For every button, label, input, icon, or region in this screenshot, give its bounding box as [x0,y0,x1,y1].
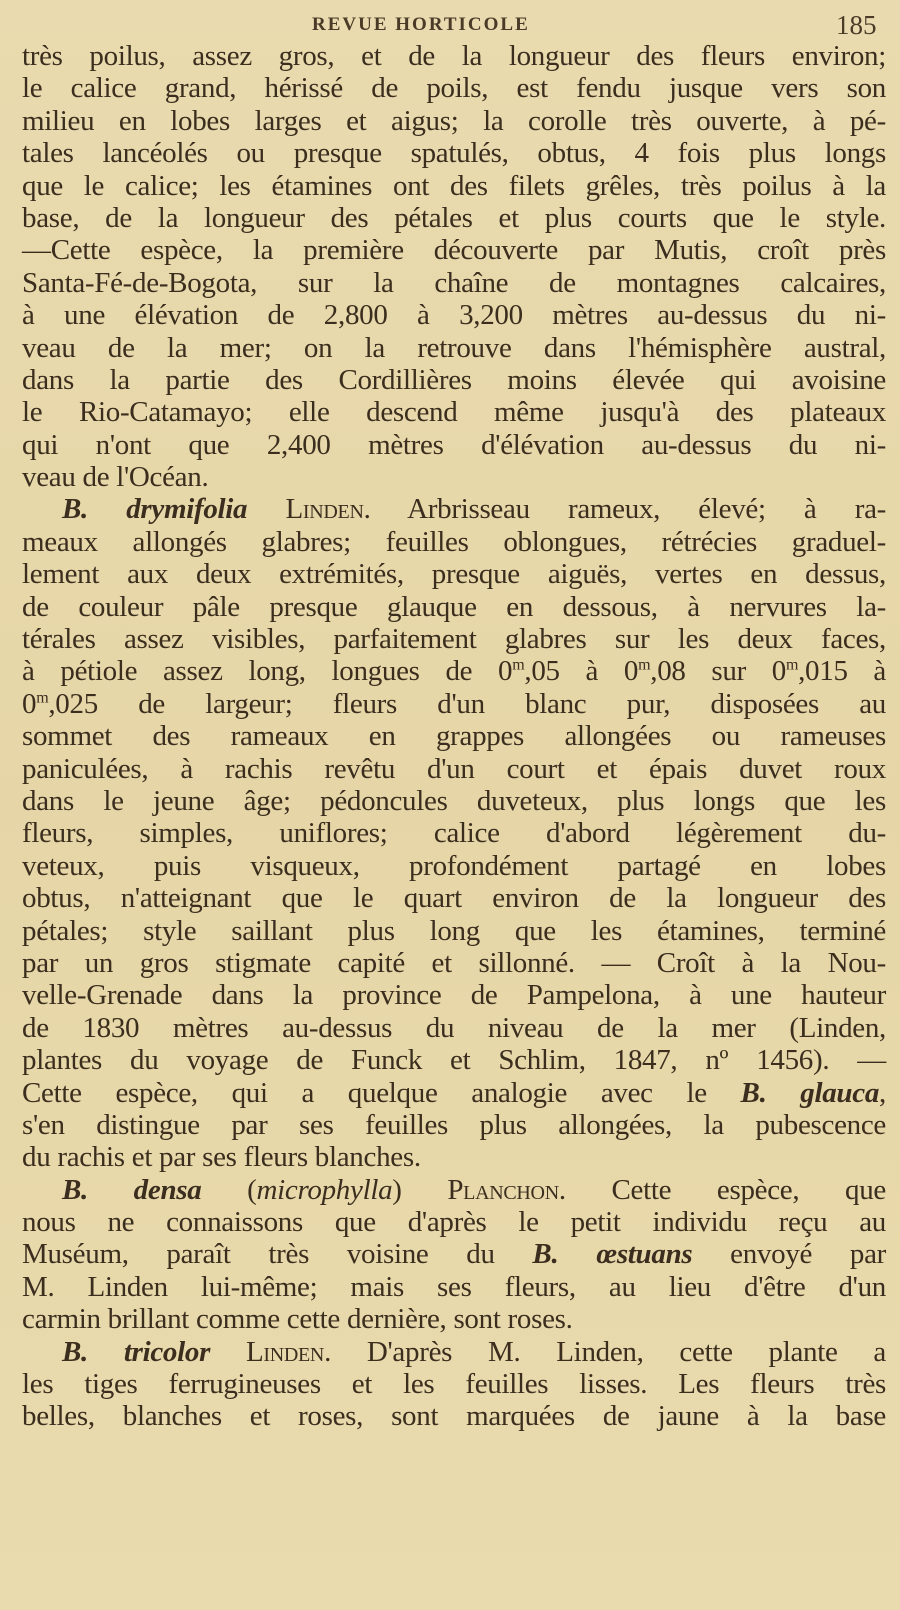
unit-superscript: m [36,689,48,706]
text-line: Santa-Fé-de-Bogota, sur la chaîne de mon… [22,267,886,299]
text-fragment: ) [392,1174,447,1206]
text-line: milieu en lobes larges et aigus; la coro… [22,105,886,137]
text-line: tales lancéolés ou presque spatulés, obt… [22,137,886,169]
text-line: très poilus, assez gros, et de la longue… [22,40,886,72]
text-line: dans le jeune âge; pédoncules duveteux, … [22,785,886,817]
entry-lead-text: . Arbrisseau rameux, élevé; à ra- [364,493,886,525]
text-line: base, de la longueur des pétales et plus… [22,202,886,234]
text-line: veau de la mer; on la retrouve dans l'hé… [22,332,886,364]
species-name: B. œstuans [532,1238,692,1270]
species-name: B. glauca [741,1077,880,1109]
text-line: veau de l'Océan. [22,461,886,493]
text-line-aestuans: Muséum, paraît très voisine du B. œstuan… [22,1238,886,1270]
text-line: à une élévation de 2,800 à 3,200 mètres … [22,299,886,331]
text-line: le Rio-Catamayo; elle descend même jusqu… [22,396,886,428]
text-fragment: ,08 sur 0 [650,655,786,687]
text-fragment: ,025 de largeur; fleurs d'un blanc pur, … [48,688,886,720]
species-entry-densa: B. densa (microphylla) Planchon. Cette e… [22,1174,886,1206]
text-fragment: ,015 à [798,655,886,687]
text-line: sommet des rameaux en grappes allongées … [22,720,886,752]
body-text: très poilus, assez gros, et de la longue… [22,40,886,1433]
book-page: REVUE HORTICOLE 185 très poilus, assez g… [0,0,900,1610]
text-line: veteux, puis visqueux, profondément part… [22,850,886,882]
species-name: B. tricolor [62,1336,210,1368]
text-line: —Cette espèce, la première découverte pa… [22,234,886,266]
species-author: Linden [246,1336,324,1368]
text-fragment: envoyé par [692,1238,886,1270]
text-line: de couleur pâle presque glauque en desso… [22,591,886,623]
text-line: paniculées, à rachis revêtu d'un court e… [22,753,886,785]
species-name: B. densa [62,1174,201,1206]
text-line-dimensions: 0m,025 de largeur; fleurs d'un blanc pur… [22,688,886,720]
text-line: s'en distingue par ses feuilles plus all… [22,1109,886,1141]
text-fragment: ,05 à 0 [524,655,638,687]
text-line-dimensions: à pétiole assez long, longues de 0m,05 à… [22,655,886,687]
text-line: M. Linden lui-même; mais ses fleurs, au … [22,1271,886,1303]
unit-superscript: m [512,657,524,674]
text-line: térales assez visibles, parfaitement gla… [22,623,886,655]
text-fragment: , [879,1077,886,1109]
text-line: velle-Grenade dans la province de Pampel… [22,979,886,1011]
text-fragment: Muséum, paraît très voisine du [22,1238,532,1270]
page-number: 185 [836,10,877,41]
text-line: obtus, n'atteignant que le quart environ… [22,882,886,914]
entry-lead-text: . Cette espèce, que [559,1174,886,1206]
text-line: les tiges ferrugineuses et les feuilles … [22,1368,886,1400]
text-line-glauca: Cette espèce, qui a quelque analogie ave… [22,1077,886,1109]
text-line: dans la partie des Cordillières moins él… [22,364,886,396]
species-entry-drymifolia: B. drymifolia Linden. Arbrisseau rameux,… [22,493,886,525]
species-author: Planchon [447,1174,559,1206]
text-line: le calice grand, hérissé de poils, est f… [22,72,886,104]
text-line: fleurs, simples, uniflores; calice d'abo… [22,817,886,849]
text-line: pétales; style saillant plus long que le… [22,915,886,947]
running-head: REVUE HORTICOLE 185 [0,8,900,38]
text-line: meaux allongés glabres; feuilles oblongu… [22,526,886,558]
text-line: de 1830 mètres au-dessus du niveau de la… [22,1012,886,1044]
text-line: lement aux deux extrémités, presque aigu… [22,558,886,590]
text-line: du rachis et par ses fleurs blanches. [22,1141,886,1173]
text-fragment: ( [201,1174,256,1206]
text-line: plantes du voyage de Funck et Schlim, 18… [22,1044,886,1076]
text-line: nous ne connaissons que d'après le petit… [22,1206,886,1238]
journal-title: REVUE HORTICOLE [312,14,530,36]
text-line: que le calice; les étamines ont des file… [22,170,886,202]
text-fragment: Cette espèce, qui a quelque analogie ave… [22,1077,741,1109]
text-fragment: à pétiole assez long, longues de 0 [22,655,512,687]
text-line: carmin brillant comme cette dernière, so… [22,1303,886,1335]
text-line: par un gros stigmate capité et sillonné.… [22,947,886,979]
unit-superscript: m [638,657,650,674]
text-line: belles, blanches et roses, sont marquées… [22,1400,886,1432]
species-author: Linden [285,493,363,525]
text-fragment: 0 [22,688,36,720]
text-line: qui n'ont que 2,400 mètres d'élévation a… [22,429,886,461]
species-name: B. drymifolia [62,493,247,525]
entry-lead-text: . D'après M. Linden, cette plante a [324,1336,886,1368]
species-entry-tricolor: B. tricolor Linden. D'après M. Linden, c… [22,1336,886,1368]
species-synonym: microphylla [257,1174,393,1206]
unit-superscript: m [786,657,798,674]
